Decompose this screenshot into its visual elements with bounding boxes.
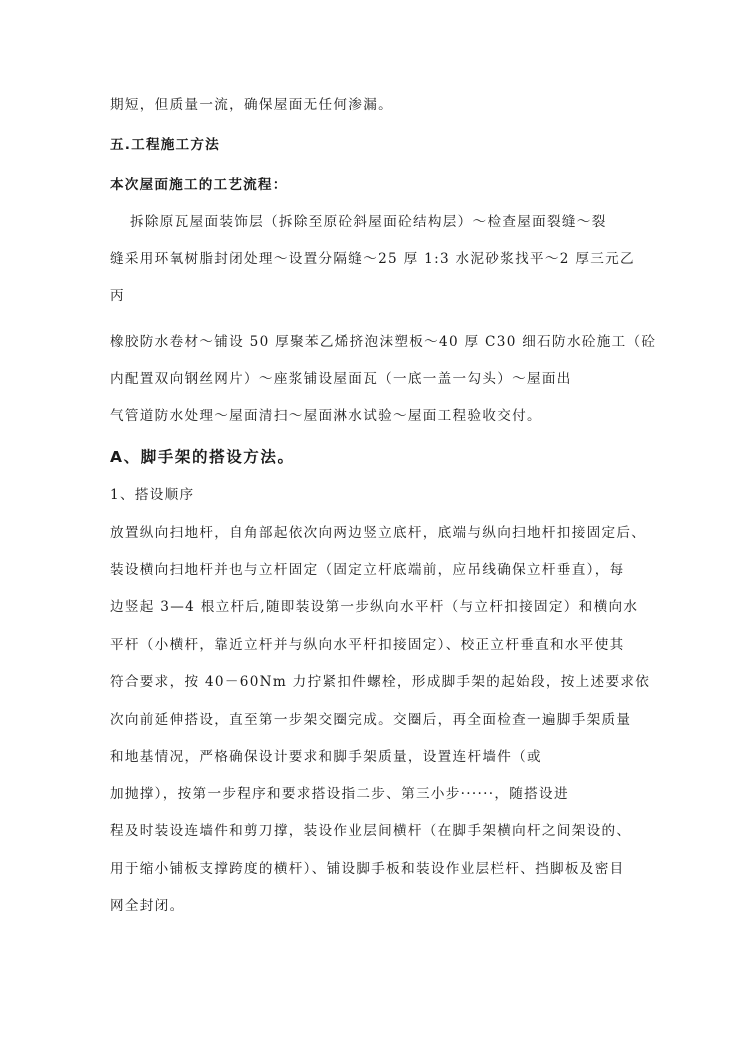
paragraph-line: 橡胶防水卷材～铺设 50 厚聚苯乙烯挤泡沫塑板～40 厚 C30 细石防水砼施工… [110,333,656,351]
paragraph-line: 缝采用环氧树脂封闭处理～设置分隔缝～25 厚 1:3 水泥砂浆找平～2 厚三元乙 [110,250,635,268]
paragraph-line: 期短，但质量一流，确保屋面无任何渗漏。 [110,96,393,114]
paragraph-line: 气管道防水处理～屋面清扫～屋面淋水试验～屋面工程验收交付。 [110,407,542,425]
subsection-heading: 1、搭设顺序 [110,486,194,504]
paragraph-line: 加抛撑），按第一步程序和要求搭设指二步、第三小步······，随搭设进 [110,785,569,803]
section-heading: 五.工程施工方法 [110,136,220,154]
paragraph-line: 平杆（小横杆，靠近立杆并与纵向水平杆扣接固定）、校正立杆垂直和水平使其 [110,636,624,654]
paragraph-line: 符合要求，按 40－60Nm 力拧紧扣件螺栓，形成脚手架的起始段，按上述要求依 [110,673,650,691]
paragraph-line: 装设横向扫地杆并也与立杆固定（固定立杆底端前，应吊线确保立杆垂直），每 [110,561,624,579]
paragraph-line: 放置纵向扫地杆，自角部起依次向两边竖立底杆，底端与纵向扫地杆扣接固定后、 [110,524,646,542]
paragraph-line: 网全封闭。 [110,897,184,915]
section-heading: A、脚手架的搭设方法。 [110,448,295,466]
paragraph-line: 用于缩小铺板支撑跨度的横杆）、铺设脚手板和装设作业层栏杆、挡脚板及密目 [110,860,624,878]
subsection-heading: 本次屋面施工的工艺流程： [110,176,288,194]
paragraph-line: 程及时装设连墙件和剪刀撑，装设作业层间横杆（在脚手架横向杆之间架设的、 [110,822,631,840]
paragraph-line: 和地基情况，严格确保设计要求和脚手架质量，设置连杆墙件（或 [110,748,542,766]
paragraph-line: 内配置双向钢丝网片）～座浆铺设屋面瓦（一底一盖一勾头）～屋面出 [110,370,572,388]
paragraph-line: 丙 [110,287,125,305]
paragraph-line: 边竖起 3—4 根立杆后,随即装设第一步纵向水平杆（与立杆扣接固定）和横向水 [110,598,638,616]
paragraph-line: 次向前延伸搭设，直至第一步架交圈完成。交圈后，再全面检查一遍脚手架质量 [110,711,631,729]
paragraph-line: 拆除原瓦屋面装饰层（拆除至原砼斜屋面砼结构层）～检查屋面裂缝～裂 [130,213,607,231]
